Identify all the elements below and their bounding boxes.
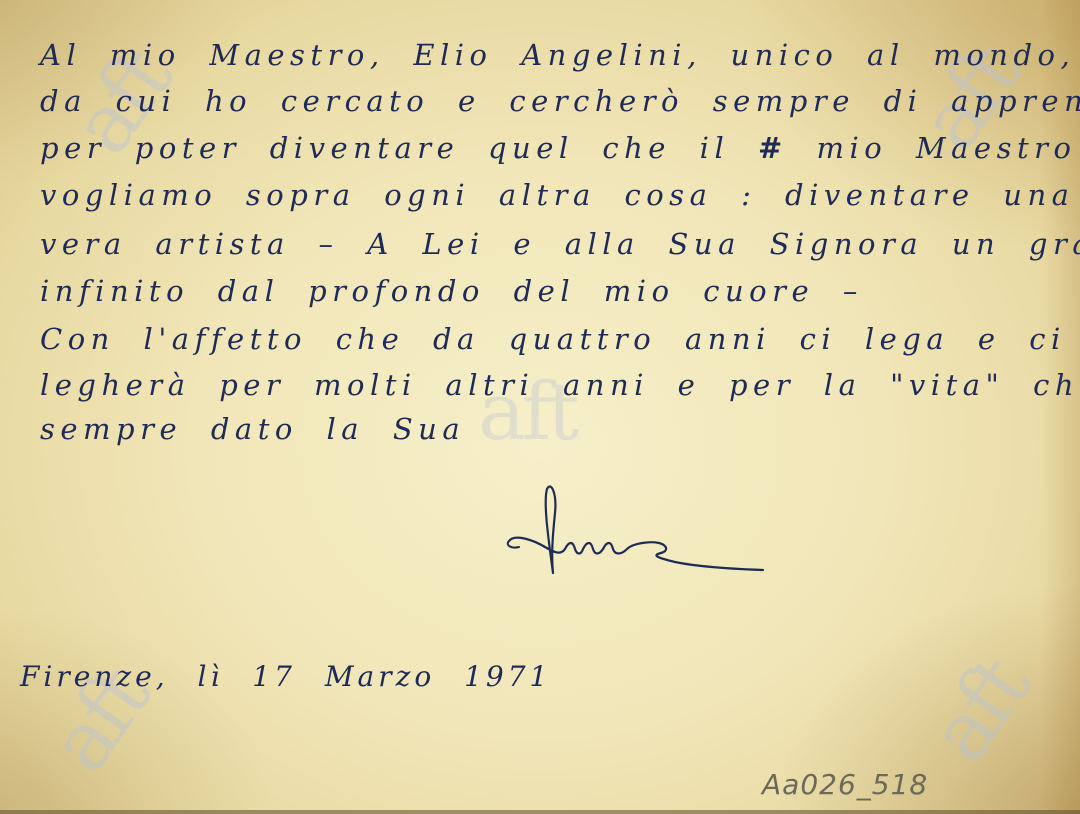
letter-line: vogliamo sopra ogni altra cosa : diventa… xyxy=(40,178,1074,212)
place-and-date: Firenze, lì 17 Marzo 1971 xyxy=(20,660,551,693)
letter-line-head: per poter diventare quel che il xyxy=(40,131,729,165)
letter-line: Con l'affetto che da quattro anni ci leg… xyxy=(40,322,1066,356)
aft-watermark: aft xyxy=(918,646,1043,775)
aged-paper-sheet: aft aft aft aft aft Al mio Maestro, Elio… xyxy=(0,0,1080,814)
letter-line-tail: mio Maestro (ed io) xyxy=(816,131,1080,165)
letter-line: legherà per molti altri anni e per la "v… xyxy=(40,368,1080,402)
struck-out-word: # xyxy=(758,131,788,165)
archive-catalog-number: Aa026_518 xyxy=(762,768,928,801)
letter-line: da cui ho cercato e cercherò sempre di a… xyxy=(40,84,1080,118)
signature-stroke-icon xyxy=(505,483,775,583)
letter-line: Al mio Maestro, Elio Angelini, unico al … xyxy=(40,38,1075,72)
handwritten-signature xyxy=(505,483,775,583)
letter-line: per poter diventare quel che il # mio Ma… xyxy=(40,131,1080,165)
letter-line: infinito dal profondo del mio cuore – xyxy=(40,274,863,308)
letter-line: vera artista – A Lei e alla Sua Signora … xyxy=(40,227,1080,261)
letter-line: sempre dato la Sua xyxy=(40,412,465,446)
